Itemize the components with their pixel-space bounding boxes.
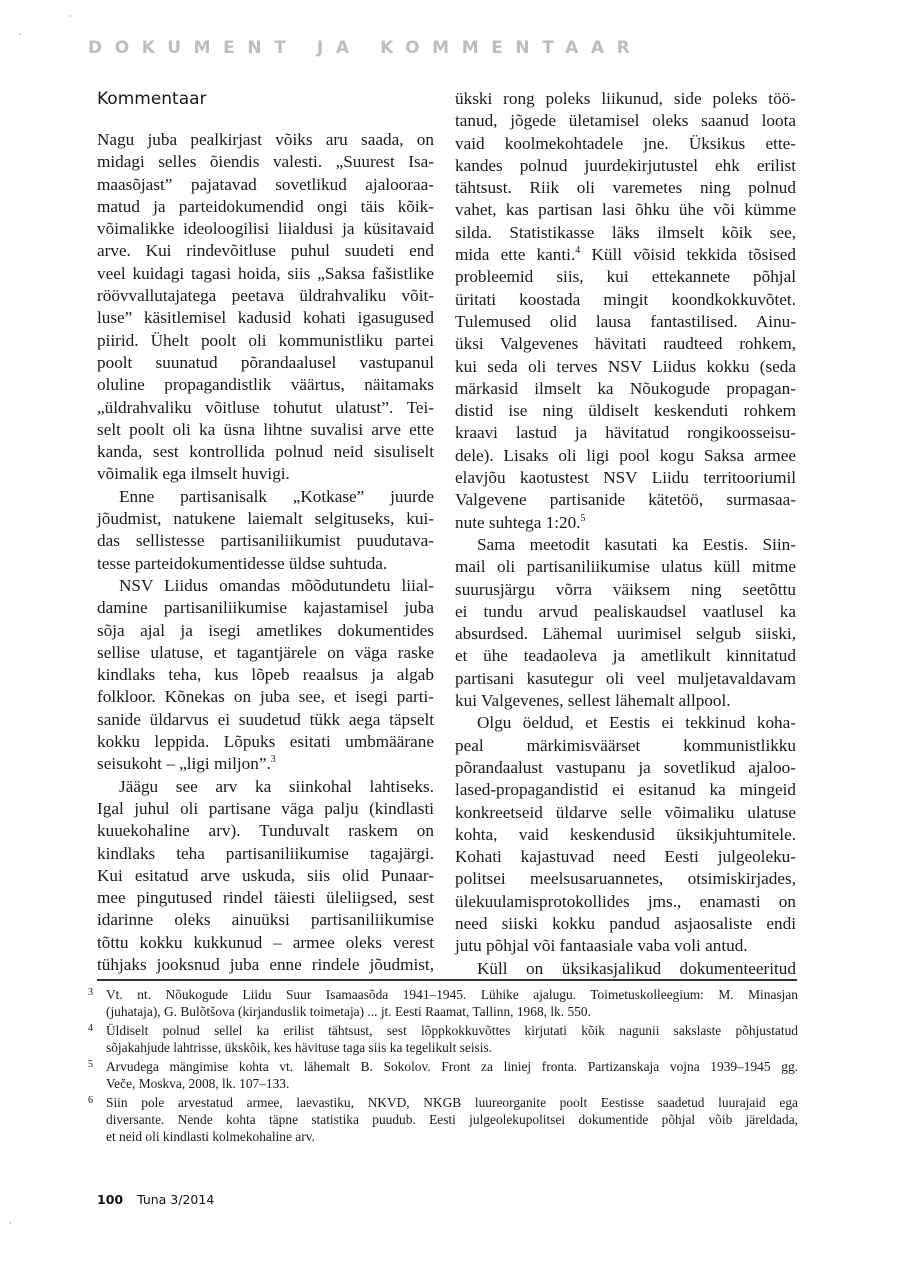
text-line: kindlaks teha partisaniliikumise tagajär…	[97, 843, 434, 865]
text-line-content: märkasid ilmselt ka Nõukogude propagan-	[455, 379, 796, 398]
text-line-content: Jäägu see arv ka siinkohal lahtiseks.	[119, 777, 434, 796]
text-line-content: mail oli partisaniliikumise ulatus küll …	[455, 557, 796, 576]
footnote-ref[interactable]: 3	[271, 754, 276, 765]
text-line: politsei meelsusaruannetes, otsimiskirja…	[455, 868, 796, 890]
text-line-content: röövvallutajatega peetava üldrahvaliku v…	[97, 286, 434, 305]
text-line-content: need siiski kokku pandud asjaosaliste en…	[455, 914, 796, 933]
footnote-line: Vt. nt. Nõukogude Liidu Suur Isamaasõda …	[106, 986, 798, 1003]
text-line-content: sanide üldarvus ei suudetud tükk aega tä…	[97, 710, 434, 729]
text-line: kokku leppida. Lõpuks esitati umbmäärane	[97, 731, 434, 753]
text-line-content: seisukoht – „ligi miljon”.	[97, 754, 271, 773]
text-line: vaid koolmekohtadele jne. Üksikus ette-	[455, 133, 796, 155]
text-line-content: kandes polnud juurdekirjutustel ehk eril…	[455, 156, 796, 175]
text-line-content: suurusjärgu võrra väiksem ning seetõttu	[455, 580, 796, 599]
text-line-content: üritati koostada mingit koondkokkuvõtet.	[455, 290, 796, 309]
text-line: tesse parteidokumentidesse üldse suhtuda…	[97, 553, 434, 575]
footnote-line: Arvudega mängimise kohta vt. lähemalt B.…	[106, 1058, 798, 1075]
text-line-content: jutu põhjal või fantaasiale vaba voli an…	[455, 936, 748, 955]
text-line-content: lased-propagandistid ei esitanud ka ming…	[455, 780, 796, 799]
text-line: absurdsed. Lähemal uurimisel selgub siis…	[455, 623, 796, 645]
running-head: DOKUMENT JA KOMMENTAAR	[88, 38, 642, 58]
text-line: probleemid siis, kui ettekannete põhjal	[455, 266, 796, 288]
footnote-5: 5Arvudega mängimise kohta vt. lähemalt B…	[88, 1058, 798, 1092]
text-line-content: kindlaks teha, kus lõpeb reaalsus ja alg…	[97, 665, 434, 684]
scan-speck	[19, 33, 21, 35]
text-line: mee pingutused rindel täiesti üleliigsed…	[97, 887, 434, 909]
text-line-content: piirid. Ühelt poolt oli kommunistliku pa…	[97, 331, 434, 350]
text-line-content: kraavi lastud ja hävitatud rongikoosseis…	[455, 423, 796, 442]
text-line-continuation: Küll võisid tekkida tõsised	[580, 245, 796, 264]
text-line-content: Olgu öeldud, et Eestis ei tekkinud koha-	[477, 713, 796, 732]
footnote-6: 6Siin pole arvestatud armee, laevastiku,…	[88, 1094, 798, 1145]
text-line: võimalik ega ilmselt huvigi.	[97, 463, 434, 485]
text-line-content: partisani kasutegur oli veel muljetavald…	[455, 669, 796, 688]
text-line: tähtsust. Riik oli varemetes ning polnud	[455, 177, 796, 199]
text-line: veel kuidagi tagasi hoida, siis „Saksa f…	[97, 263, 434, 285]
text-line: seisukoht – „ligi miljon”.3	[97, 753, 434, 775]
text-line-content: ülekuulamisprotokollides jms., enamasti …	[455, 892, 796, 911]
text-line: nute suhtega 1:20.5	[455, 512, 796, 534]
text-line: ei tundu arvud pealiskaudsel vaatlusel k…	[455, 601, 796, 623]
text-line-content: vahet, kas partisan lasi õhku ühe või kü…	[455, 200, 796, 219]
footnote-ref[interactable]: 5	[581, 513, 586, 524]
text-line-content: kui seda oli terves NSV Liidus kokku (se…	[455, 357, 796, 376]
page-number: 100	[97, 1192, 123, 1207]
text-line: damine partisaniliikumise kajastamisel j…	[97, 597, 434, 619]
text-line: Küll on üksikasjalikud dokumenteeritud	[455, 958, 796, 980]
footnote-number: 6	[88, 1092, 93, 1109]
text-line-content: sellise ulatuse, et tagantjärele on väga…	[97, 643, 434, 662]
text-line: das sellistesse partisaniliikumist puudu…	[97, 530, 434, 552]
text-line-content: tühjaks jooksnud juba enne rindele jõudm…	[97, 955, 434, 974]
text-line: folkloor. Kõnekas on juba see, et isegi …	[97, 686, 434, 708]
text-line-content: arve. Kui rindevõitluse puhul suudeti en…	[97, 241, 434, 260]
text-line: kanda, sest kontrollida polnud neid sisu…	[97, 441, 434, 463]
text-line-content: Küll on üksikasjalikud dokumenteeritud	[477, 959, 796, 978]
text-line-content: kuuekohaline arv). Tunduvalt raskem on	[97, 821, 434, 840]
text-line: need siiski kokku pandud asjaosaliste en…	[455, 913, 796, 935]
text-line: elavjõu kaotustest NSV Liidu territooriu…	[455, 467, 796, 489]
text-line-content: konkreetseid üldarve selle võimaliku ula…	[455, 803, 796, 822]
text-line: võimalikke ideoloogilisi liialdusi ja kü…	[97, 218, 434, 240]
text-line: luse” käsitlemisel kadusid kohati igasug…	[97, 307, 434, 329]
text-line-content: oluline propagandistlik väärtus, näitama…	[97, 375, 434, 394]
text-line-content: nute suhtega 1:20.	[455, 513, 581, 532]
text-line-content: võimalikke ideoloogilisi liialdusi ja kü…	[97, 219, 434, 238]
text-line: Olgu öeldud, et Eestis ei tekkinud koha-	[455, 712, 796, 734]
footnote-number: 5	[88, 1056, 93, 1073]
text-line-content: distid ise ning üldiselt keskenduti rohk…	[455, 401, 796, 420]
text-line-content: elavjõu kaotustest NSV Liidu territooriu…	[455, 468, 796, 487]
text-line: tõttu kokku kukkunud – armee oleks veres…	[97, 932, 434, 954]
text-line-content: mida ette kanti.	[455, 245, 575, 264]
section-title: Kommentaar	[97, 89, 207, 109]
text-line: jutu põhjal või fantaasiale vaba voli an…	[455, 935, 796, 957]
text-line-content: absurdsed. Lähemal uurimisel selgub siis…	[455, 624, 796, 643]
text-line: üritati koostada mingit koondkokkuvõtet.	[455, 289, 796, 311]
text-line: arve. Kui rindevõitluse puhul suudeti en…	[97, 240, 434, 262]
left-column: Nagu juba pealkirjast võiks aru saada, o…	[97, 129, 434, 976]
text-line-content: Tulemused olid lausa fantastilised. Ainu…	[455, 312, 796, 331]
text-line-content: das sellistesse partisaniliikumist puudu…	[97, 531, 434, 550]
text-line-content: „üldrahvaliku võitluse tohutut ulatust”.…	[97, 398, 434, 417]
footnote-number: 4	[88, 1020, 93, 1037]
text-line-content: tõttu kokku kukkunud – armee oleks veres…	[97, 933, 434, 952]
text-line-content: Kui esitatud arve uskuda, siis olid Puna…	[97, 866, 434, 885]
text-line-content: peal märkimisväärset kommunistlikku	[455, 736, 796, 755]
text-line-content: kindlaks teha partisaniliikumise tagajär…	[97, 844, 434, 863]
footnote-4: 4Üldiselt polnud sellel ka erilist tähts…	[88, 1022, 798, 1056]
text-line: Sama meetodit kasutati ka Eestis. Siin-	[455, 534, 796, 556]
text-line: idarinne oleks ainuüksi partisaniliikumi…	[97, 909, 434, 931]
text-line-content: jõudmist, natukene laiemalt selgituseks,…	[97, 509, 434, 528]
text-line: sellise ulatuse, et tagantjärele on väga…	[97, 642, 434, 664]
text-line: distid ise ning üldiselt keskenduti rohk…	[455, 400, 796, 422]
text-line-content: luse” käsitlemisel kadusid kohati igasug…	[97, 308, 434, 327]
text-line: Enne partisanisalk „Kotkase” juurde	[97, 486, 434, 508]
text-line: tanud, jõgede ületamisel oleks saanud lo…	[455, 110, 796, 132]
text-line-content: põrandaalust vastupanu ja sovetlikud aja…	[455, 758, 796, 777]
text-line: Valgevene partisanide kätetöö, surmasaa-	[455, 489, 796, 511]
text-line-content: maasõjast” pajatavad sovetlikud ajaloora…	[97, 175, 434, 194]
text-line-content: kanda, sest kontrollida polnud neid sisu…	[97, 442, 434, 461]
text-line: „üldrahvaliku võitluse tohutut ulatust”.…	[97, 397, 434, 419]
text-line: kui seda oli terves NSV Liidus kokku (se…	[455, 356, 796, 378]
page-footer: 100 Tuna 3/2014	[97, 1192, 214, 1207]
text-line-content: võimalik ega ilmselt huvigi.	[97, 464, 290, 483]
text-line: kui Valgevenes, sellest lähemalt allpool…	[455, 690, 796, 712]
text-line-content: tähtsust. Riik oli varemetes ning polnud	[455, 178, 796, 197]
text-line-content: veel kuidagi tagasi hoida, siis „Saksa f…	[97, 264, 434, 283]
text-line: Tulemused olid lausa fantastilised. Ainu…	[455, 311, 796, 333]
text-line: kohta, vaid keskendusid üksikjuhtumitele…	[455, 824, 796, 846]
text-line-content: silda. Statistikasse läks ilmselt kõik s…	[455, 223, 796, 242]
scan-speck	[69, 15, 71, 17]
footnote-divider	[97, 979, 797, 981]
footnote-line: sõjakahjude lahtrisse, ükskõik, kes hävi…	[106, 1039, 798, 1056]
right-column: ükski rong poleks liikunud, side poleks …	[455, 88, 796, 980]
text-line-content: tesse parteidokumentidesse üldse suhtuda…	[97, 554, 387, 573]
text-line: jõudmist, natukene laiemalt selgituseks,…	[97, 508, 434, 530]
text-line-content: probleemid siis, kui ettekannete põhjal	[455, 267, 796, 286]
text-line-content: mee pingutused rindel täiesti üleliigsed…	[97, 888, 434, 907]
text-line: kindlaks teha, kus lõpeb reaalsus ja alg…	[97, 664, 434, 686]
text-line: oluline propagandistlik väärtus, näitama…	[97, 374, 434, 396]
text-line: ülekuulamisprotokollides jms., enamasti …	[455, 891, 796, 913]
publication-issue: Tuna 3/2014	[137, 1192, 214, 1207]
text-line: Jäägu see arv ka siinkohal lahtiseks.	[97, 776, 434, 798]
text-line: piirid. Ühelt poolt oli kommunistliku pa…	[97, 330, 434, 352]
text-line: põrandaalust vastupanu ja sovetlikud aja…	[455, 757, 796, 779]
text-line-content: tanud, jõgede ületamisel oleks saanud lo…	[455, 111, 796, 130]
text-line: kraavi lastud ja hävitatud rongikoosseis…	[455, 422, 796, 444]
text-line-content: ükski rong poleks liikunud, side poleks …	[455, 89, 796, 108]
text-line: mida ette kanti.4 Küll võisid tekkida tõ…	[455, 244, 796, 266]
text-line: Kui esitatud arve uskuda, siis olid Puna…	[97, 865, 434, 887]
text-line: matud ja parteidokumendid ongi täis kõik…	[97, 196, 434, 218]
text-line-content: damine partisaniliikumise kajastamisel j…	[97, 598, 434, 617]
text-line: ükski rong poleks liikunud, side poleks …	[455, 88, 796, 110]
text-line-content: matud ja parteidokumendid ongi täis kõik…	[97, 197, 434, 216]
text-line-content: üksi Valgevenes hävitati raudteed rohkem…	[455, 334, 796, 353]
text-line: Igal juhul oli partisane väga palju (kin…	[97, 798, 434, 820]
text-line: mail oli partisaniliikumise ulatus küll …	[455, 556, 796, 578]
text-line-content: ei tundu arvud pealiskaudsel vaatlusel k…	[455, 602, 796, 621]
text-line: röövvallutajatega peetava üldrahvaliku v…	[97, 285, 434, 307]
text-line: sõja ajal ja isegi ametlikes dokumentide…	[97, 620, 434, 642]
text-line: Nagu juba pealkirjast võiks aru saada, o…	[97, 129, 434, 151]
text-line: suurusjärgu võrra väiksem ning seetõttu	[455, 579, 796, 601]
text-line-content: idarinne oleks ainuüksi partisaniliikumi…	[97, 910, 434, 929]
footnote-line: et neid oli kindlasti kolmekohaline arv.	[106, 1128, 798, 1145]
text-line-content: folkloor. Kõnekas on juba see, et isegi …	[97, 687, 434, 706]
footnote-number: 3	[88, 984, 93, 1001]
text-line-content: sõja ajal ja isegi ametlikes dokumentide…	[97, 621, 434, 640]
text-line-content: Valgevene partisanide kätetöö, surmasaa-	[455, 490, 796, 509]
footnote-line: Üldiselt polnud sellel ka erilist tähtsu…	[106, 1022, 798, 1039]
text-line: vahet, kas partisan lasi õhku ühe või kü…	[455, 199, 796, 221]
text-line-content: kokku leppida. Lõpuks esitati umbmäärane	[97, 732, 434, 751]
text-line-content: et ühe teadaoleva ja ametlikult kinnitat…	[455, 646, 796, 665]
text-line-content: Kohati kajastuvad need Eesti julgeoleku-	[455, 847, 796, 866]
text-line: kuuekohaline arv). Tunduvalt raskem on	[97, 820, 434, 842]
text-line: kandes polnud juurdekirjutustel ehk eril…	[455, 155, 796, 177]
text-line: NSV Liidus omandas mõõdutundetu liial-	[97, 575, 434, 597]
footnote-line: (juhataja), G. Bulõtšova (kirjanduslik t…	[106, 1003, 798, 1020]
text-line-content: midagi selles õiendis valesti. „Suurest …	[97, 152, 434, 171]
text-line: midagi selles õiendis valesti. „Suurest …	[97, 151, 434, 173]
text-line-content: kohta, vaid keskendusid üksikjuhtumitele…	[455, 825, 796, 844]
text-line-content: Igal juhul oli partisane väga palju (kin…	[97, 799, 434, 818]
text-line-content: NSV Liidus omandas mõõdutundetu liial-	[119, 576, 434, 595]
text-line: sanide üldarvus ei suudetud tükk aega tä…	[97, 709, 434, 731]
footnote-line: diversante. Nende kohta täpne statistika…	[106, 1111, 798, 1128]
text-line: märkasid ilmselt ka Nõukogude propagan-	[455, 378, 796, 400]
text-line: partisani kasutegur oli veel muljetavald…	[455, 668, 796, 690]
text-line: tühjaks jooksnud juba enne rindele jõudm…	[97, 954, 434, 976]
text-line: lased-propagandistid ei esitanud ka ming…	[455, 779, 796, 801]
text-line: peal märkimisväärset kommunistlikku	[455, 735, 796, 757]
text-line-content: poolt suunatud põrandaalusel vastupanul	[97, 353, 434, 372]
text-line: Kohati kajastuvad need Eesti julgeoleku-	[455, 846, 796, 868]
text-line-content: dele). Lisaks oli ligi pool kogu Saksa a…	[455, 446, 796, 465]
text-line-content: politsei meelsusaruannetes, otsimiskirja…	[455, 869, 796, 888]
text-line: üksi Valgevenes hävitati raudteed rohkem…	[455, 333, 796, 355]
footnote-3: 3Vt. nt. Nõukogude Liidu Suur Isamaasõda…	[88, 986, 798, 1020]
text-line: maasõjast” pajatavad sovetlikud ajaloora…	[97, 174, 434, 196]
text-line-content: selt poolt oli ka üsna lihtne suvalisi a…	[97, 420, 434, 439]
scan-speck	[9, 1222, 11, 1224]
text-line-content: kui Valgevenes, sellest lähemalt allpool…	[455, 691, 731, 710]
footnote-line: Siin pole arvestatud armee, laevastiku, …	[106, 1094, 798, 1111]
text-line-content: Nagu juba pealkirjast võiks aru saada, o…	[97, 130, 434, 149]
text-line-content: Sama meetodit kasutati ka Eestis. Siin-	[477, 535, 796, 554]
text-line: konkreetseid üldarve selle võimaliku ula…	[455, 802, 796, 824]
footnote-line: Veče, Moskva, 2008, lk. 107–133.	[106, 1075, 798, 1092]
text-line: poolt suunatud põrandaalusel vastupanul	[97, 352, 434, 374]
text-line-content: vaid koolmekohtadele jne. Üksikus ette-	[455, 134, 796, 153]
footnotes: 3Vt. nt. Nõukogude Liidu Suur Isamaasõda…	[88, 986, 798, 1147]
text-line: selt poolt oli ka üsna lihtne suvalisi a…	[97, 419, 434, 441]
text-line: dele). Lisaks oli ligi pool kogu Saksa a…	[455, 445, 796, 467]
text-line: et ühe teadaoleva ja ametlikult kinnitat…	[455, 645, 796, 667]
text-line-content: Enne partisanisalk „Kotkase” juurde	[119, 487, 434, 506]
text-line: silda. Statistikasse läks ilmselt kõik s…	[455, 222, 796, 244]
